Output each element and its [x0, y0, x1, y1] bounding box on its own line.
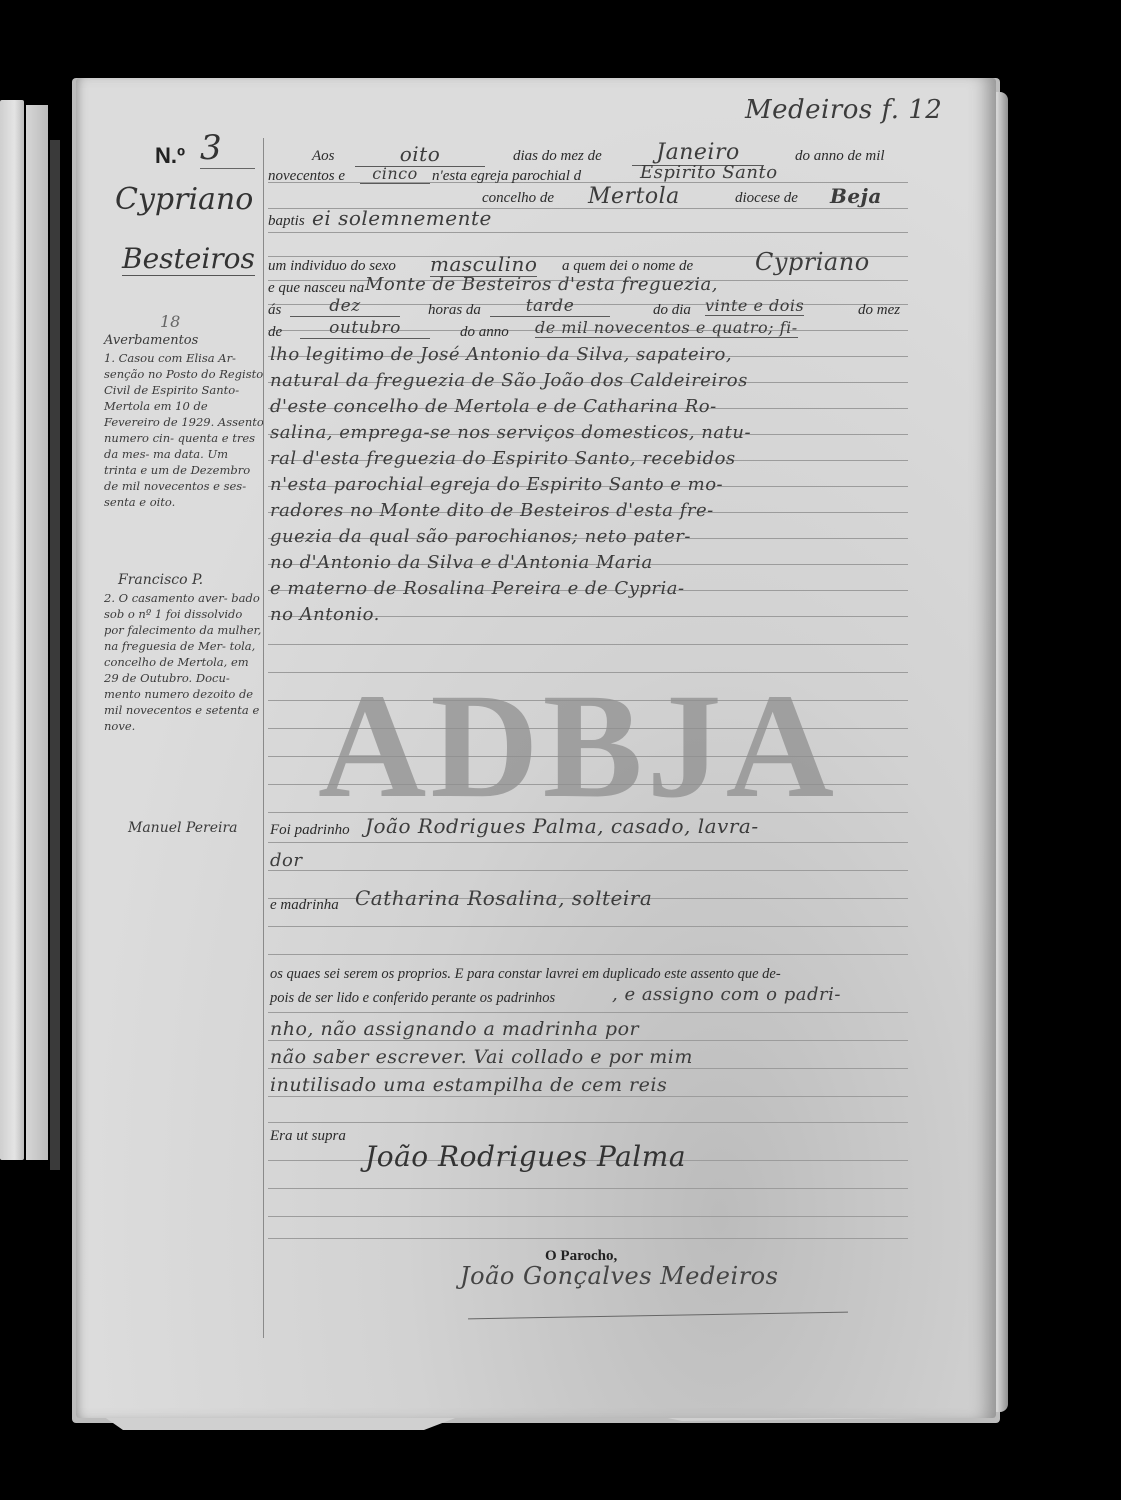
closing-hand-line: nho, não assignando a madrinha por	[270, 1018, 639, 1040]
body-line: natural da freguezia de São João dos Cal…	[270, 370, 748, 391]
closing-hand-line: não saber escrever. Vai collado e por mi…	[270, 1046, 693, 1068]
era-ut-supra: Era ut supra	[270, 1128, 346, 1145]
baptism-manner: ei solemnemente	[312, 206, 492, 230]
closing-printed-1: os quaes sei serem os proprios. E para c…	[270, 966, 781, 983]
godfather-continued: dor	[270, 850, 302, 871]
birth-hour: dez	[290, 296, 400, 317]
body-line: salina, emprega-se nos serviços domestic…	[270, 422, 751, 443]
print-dias: dias do mez de	[513, 148, 602, 165]
print-individuo: um individuo do sexo	[268, 258, 396, 275]
print-de: de	[268, 324, 282, 341]
body-line: radores no Monte dito de Besteiros d'est…	[270, 500, 714, 521]
baptized-name: Cypriano	[755, 248, 870, 276]
body-line: d'este concelho de Mertola e de Catharin…	[270, 396, 717, 417]
body-line: e materno de Rosalina Pereira e de Cypri…	[270, 578, 685, 599]
print-diocese: diocese de	[735, 190, 798, 207]
adjacent-page-edge-inner	[26, 105, 48, 1160]
body-line: ral d'esta freguezia do Espirito Santo, …	[270, 448, 736, 469]
margin-baptized-name: Cypriano	[115, 182, 253, 217]
birth-day: vinte e dois	[705, 296, 804, 316]
entry-number: 3	[200, 128, 255, 169]
print-dia: do dia	[653, 302, 691, 319]
entry-number-label: N.º	[155, 143, 185, 169]
closing-hand-line: inutilisado uma estampilha de cem reis	[270, 1074, 667, 1096]
body-line: no d'Antonio da Silva e d'Antonia Maria	[270, 552, 653, 573]
birth-period: tarde	[490, 296, 610, 317]
print-baptis: baptis	[268, 213, 305, 230]
closing-hand-1: , e assigno com o padri-	[612, 984, 841, 1005]
body-line: no Antonio.	[270, 604, 380, 625]
annotation-1-signature: Francisco P.	[118, 572, 278, 588]
print-horas: horas da	[428, 302, 481, 319]
concelho-name: Mertola	[588, 184, 680, 209]
margin-note-number: 18	[160, 312, 180, 331]
birth-month: outubro	[300, 318, 430, 339]
godfather-label: Foi padrinho	[270, 822, 350, 839]
print-as: ás	[268, 302, 281, 319]
print-egreja: n'esta egreja parochial d	[432, 168, 581, 185]
body-line: guezia da qual são parochianos; neto pat…	[270, 526, 691, 547]
annotation-1: 1. Casou com Elisa Ar- senção no Posto d…	[104, 350, 264, 510]
godfather-signature: João Rodrigues Palma	[365, 1140, 686, 1173]
print-aos: Aos	[312, 148, 335, 165]
column-divider	[263, 138, 264, 1338]
closing-printed-2: pois de ser lido e conferido perante os …	[270, 990, 555, 1007]
annotation-2: 2. O casamento aver- bado sob o nº 1 foi…	[104, 590, 264, 734]
annotation-2-signature: Manuel Pereira	[128, 820, 288, 836]
adjacent-page-edge	[0, 100, 24, 1160]
baptism-year: cinco	[360, 164, 430, 184]
priest-signature: João Gonçalves Medeiros	[460, 1262, 778, 1290]
print-novecentos: novecentos e	[268, 168, 345, 185]
book-spine	[50, 140, 60, 1170]
print-anno: do anno de mil	[795, 148, 885, 165]
body-line: n'esta parochial egreja do Espirito Sant…	[270, 474, 723, 495]
godmother-label: e madrinha	[270, 897, 339, 914]
birth-year: de mil novecentos e quatro; fi-	[535, 318, 798, 338]
parish-name: Espirito Santo	[640, 162, 778, 183]
diocese-name: Beja	[830, 184, 882, 208]
folio-note: Medeiros f. 12	[745, 95, 942, 125]
birth-place: Monte de Besteiros d'esta freguezia,	[365, 274, 718, 295]
annotation-title: Averbamentos	[104, 333, 264, 349]
body-line: lho legitimo de José Antonio da Silva, s…	[270, 344, 732, 365]
margin-place: Besteiros	[122, 242, 255, 276]
godfather: João Rodrigues Palma, casado, lavra-	[365, 814, 759, 838]
godmother: Catharina Rosalina, solteira	[355, 886, 652, 910]
print-anno-2: do anno	[460, 324, 509, 341]
print-nasceu: e que nasceu na	[268, 280, 364, 297]
print-mez: do mez	[858, 302, 900, 319]
archive-watermark: ADBJA	[318, 660, 838, 832]
print-concelho: concelho de	[482, 190, 554, 207]
print-nome: a quem dei o nome de	[562, 258, 693, 275]
